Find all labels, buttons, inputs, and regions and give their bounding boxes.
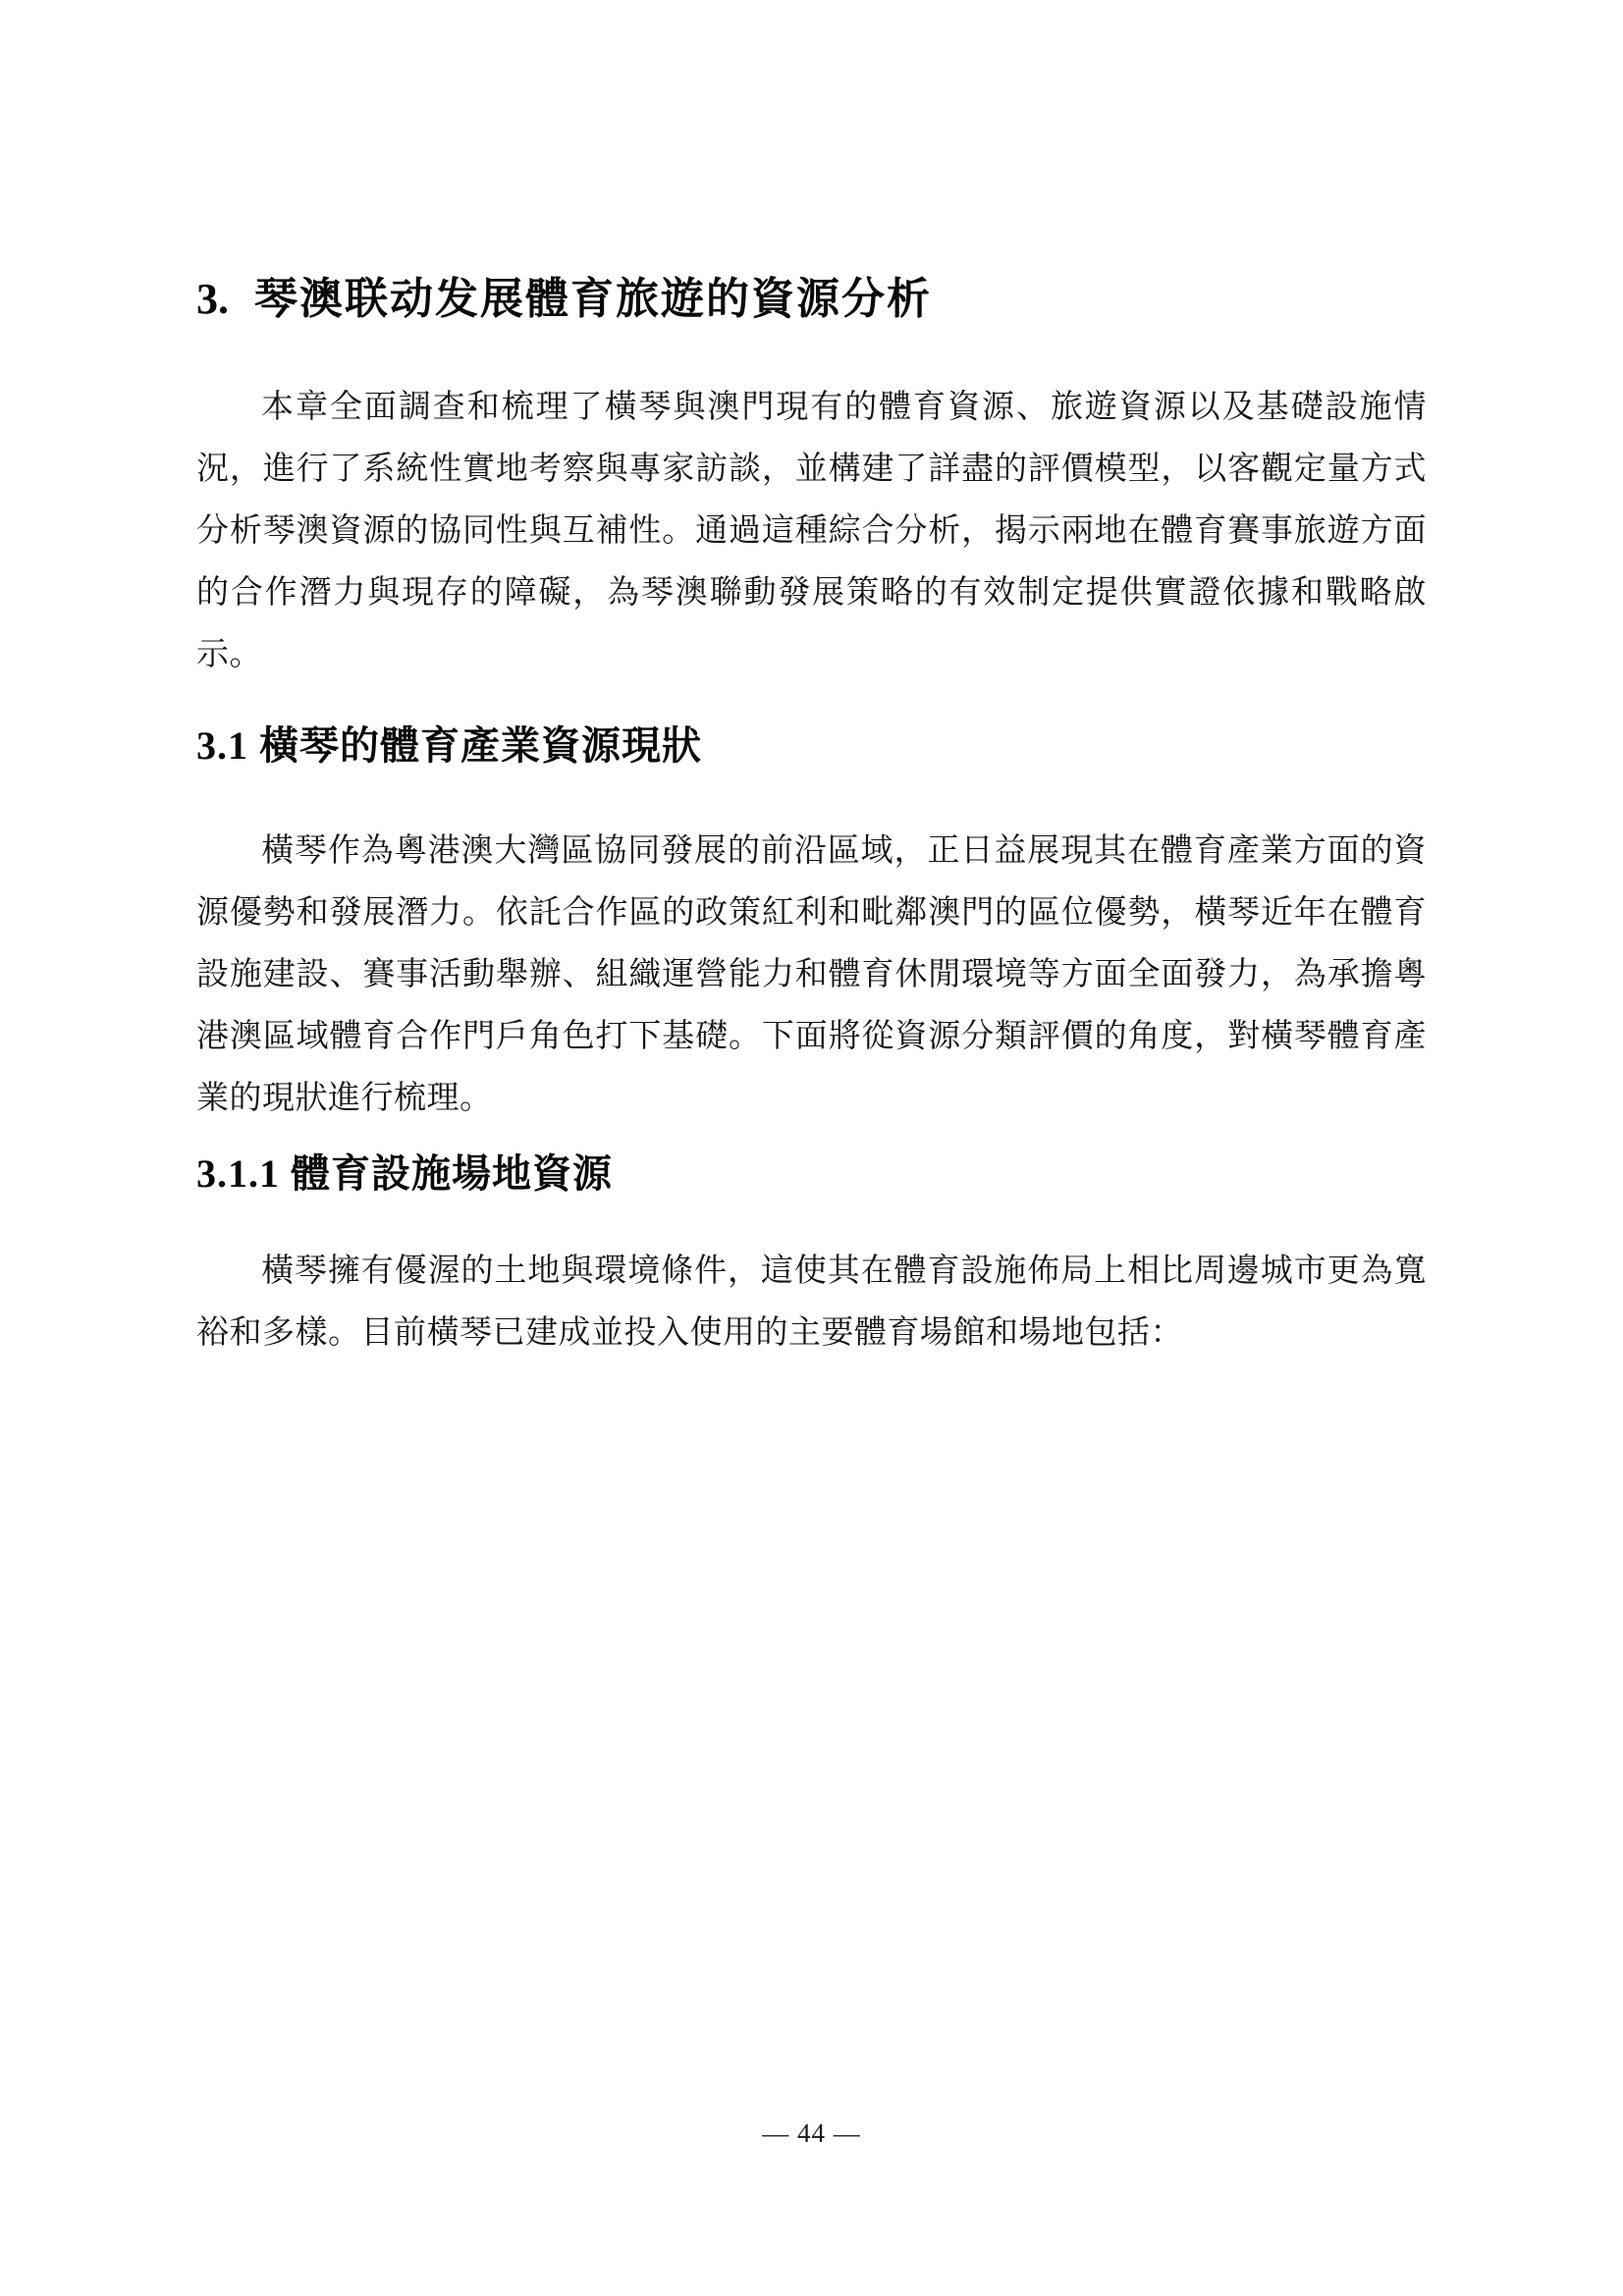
section-3-1-paragraph: 橫琴作為粵港澳大灣區協同發展的前沿區域，正日益展現其在體育產業方面的資源優勢和發… bbox=[196, 821, 1427, 1130]
document-page: 3.琴澳联动发展體育旅遊的資源分析 本章全面調查和梳理了橫琴與澳門現有的體育資源… bbox=[0, 0, 1623, 2296]
chapter-intro-paragraph: 本章全面調查和梳理了橫琴與澳門現有的體育資源、旅遊資源以及基礎設施情況，進行了系… bbox=[196, 377, 1427, 686]
chapter-heading: 3.琴澳联动发展體育旅遊的資源分析 bbox=[196, 270, 1427, 329]
page-number: — 44 — bbox=[0, 2118, 1623, 2149]
section-3-1-heading: 3.1 橫琴的體育產業資源現狀 bbox=[196, 719, 1427, 774]
chapter-number: 3. bbox=[196, 270, 229, 329]
page-content: 3.琴澳联动发展體育旅遊的資源分析 本章全面調查和梳理了橫琴與澳門現有的體育資源… bbox=[0, 270, 1623, 1364]
chapter-title-text: 琴澳联动发展體育旅遊的資源分析 bbox=[254, 275, 932, 323]
section-3-1-1-paragraph: 橫琴擁有優渥的土地與環境條件，這使其在體育設施佈局上相比周邊城市更為寬裕和多樣。… bbox=[196, 1241, 1427, 1364]
section-3-1-1-heading: 3.1.1 體育設施場地資源 bbox=[196, 1147, 1427, 1201]
